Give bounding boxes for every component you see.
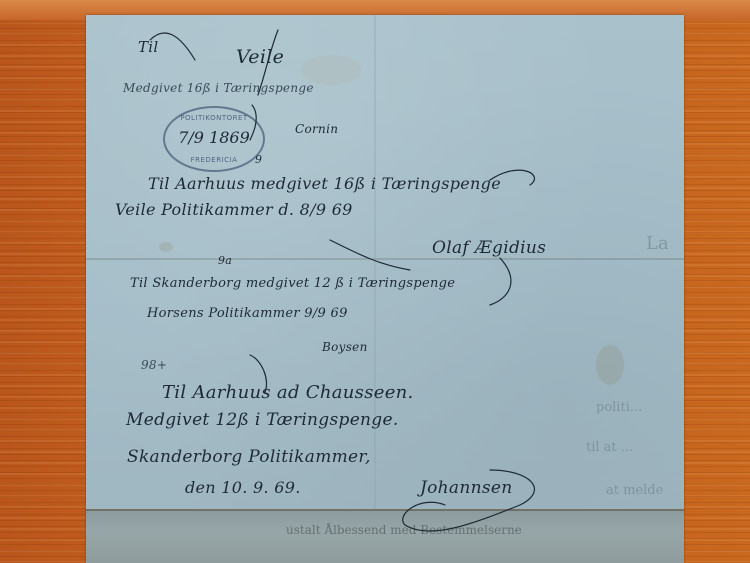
pen-flourishes xyxy=(0,0,750,563)
